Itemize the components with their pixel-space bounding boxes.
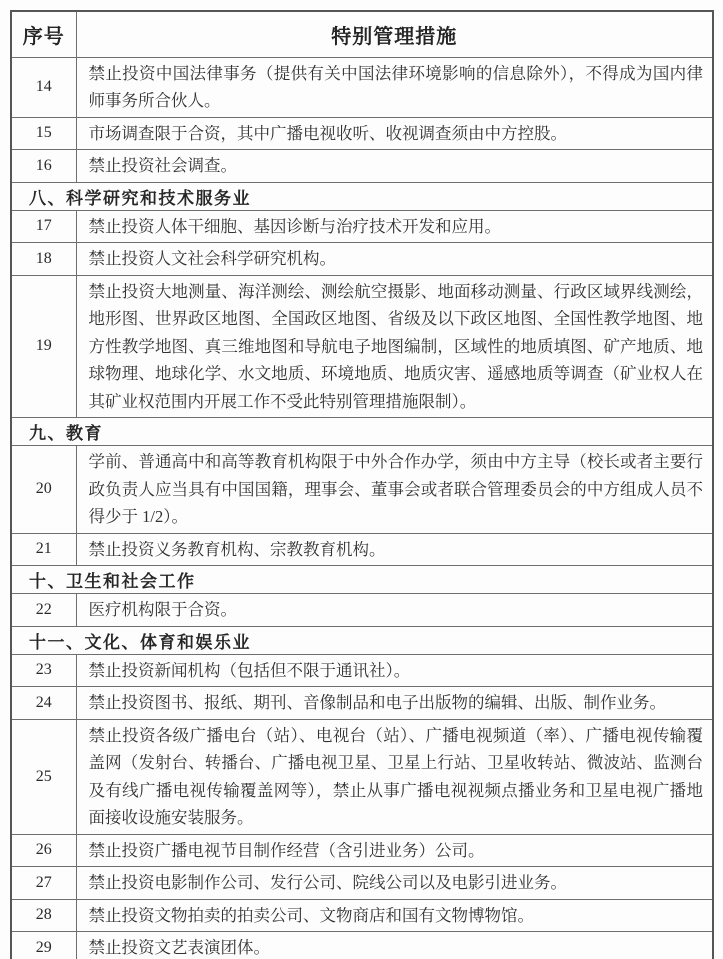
serial-number: 18 (11, 243, 76, 276)
table-row: 18禁止投资人文社会科学研究机构。 (11, 243, 713, 276)
table-row: 28禁止投资文物拍卖的拍卖公司、文物商店和国有文物博物馆。 (11, 899, 713, 932)
serial-number: 29 (11, 932, 76, 959)
table-row: 29禁止投资文艺表演团体。 (11, 932, 713, 959)
table-row: 23禁止投资新闻机构（包括但不限于通讯社）。 (11, 654, 713, 687)
measure-text: 禁止投资人文社会科学研究机构。 (76, 243, 713, 276)
serial-number: 16 (11, 150, 76, 183)
measure-text: 禁止投资电影制作公司、发行公司、院线公司以及电影引进业务。 (76, 867, 713, 900)
serial-number: 19 (11, 275, 76, 418)
section-title: 十、卫生和社会工作 (11, 566, 713, 594)
measure-text: 禁止投资社会调查。 (76, 150, 713, 183)
table-row: 21禁止投资义务教育机构、宗教教育机构。 (11, 533, 713, 566)
measure-text: 市场调查限于合资，其中广播电视收听、收视调查须由中方控股。 (76, 117, 713, 150)
section-row: 十、卫生和社会工作 (11, 566, 713, 594)
measure-text: 禁止投资新闻机构（包括但不限于通讯社）。 (76, 654, 713, 687)
serial-number: 24 (11, 687, 76, 720)
column-header-special-measures: 特别管理措施 (76, 11, 713, 57)
table-row: 20学前、普通高中和高等教育机构限于中外合作办学，须由中方主导（校长或者主要行政… (11, 446, 713, 534)
serial-number: 15 (11, 117, 76, 150)
table-row: 14禁止投资中国法律事务（提供有关中国法律环境影响的信息除外），不得成为国内律师… (11, 57, 713, 117)
serial-number: 21 (11, 533, 76, 566)
serial-number: 20 (11, 446, 76, 534)
document-page: 序号 特别管理措施 14禁止投资中国法律事务（提供有关中国法律环境影响的信息除外… (0, 0, 723, 959)
measure-text: 医疗机构限于合资。 (76, 594, 713, 627)
table-header-row: 序号 特别管理措施 (11, 11, 713, 57)
measure-text: 禁止投资大地测量、海洋测绘、测绘航空摄影、地面移动测量、行政区域界线测绘，地形图… (76, 275, 713, 418)
table-row: 19禁止投资大地测量、海洋测绘、测绘航空摄影、地面移动测量、行政区域界线测绘，地… (11, 275, 713, 418)
measure-text: 禁止投资广播电视节目制作经营（含引进业务）公司。 (76, 834, 713, 867)
serial-number: 28 (11, 899, 76, 932)
section-row: 九、教育 (11, 418, 713, 446)
table-row: 22医疗机构限于合资。 (11, 594, 713, 627)
measure-text: 禁止投资文艺表演团体。 (76, 932, 713, 959)
section-title: 十一、文化、体育和娱乐业 (11, 626, 713, 654)
special-measures-table: 序号 特别管理措施 14禁止投资中国法律事务（提供有关中国法律环境影响的信息除外… (10, 10, 714, 959)
serial-number: 22 (11, 594, 76, 627)
column-header-serial-number: 序号 (11, 11, 76, 57)
measure-text: 禁止投资各级广播电台（站）、电视台（站）、广播电视频道（率）、广播电视传输覆盖网… (76, 719, 713, 834)
serial-number: 26 (11, 834, 76, 867)
measure-text: 禁止投资中国法律事务（提供有关中国法律环境影响的信息除外），不得成为国内律师事务… (76, 57, 713, 117)
section-title: 九、教育 (11, 418, 713, 446)
serial-number: 27 (11, 867, 76, 900)
table-row: 16禁止投资社会调查。 (11, 150, 713, 183)
measure-text: 学前、普通高中和高等教育机构限于中外合作办学，须由中方主导（校长或者主要行政负责… (76, 446, 713, 534)
serial-number: 25 (11, 719, 76, 834)
table-row: 17禁止投资人体干细胞、基因诊断与治疗技术开发和应用。 (11, 210, 713, 243)
section-title: 八、科学研究和技术服务业 (11, 182, 713, 210)
measure-text: 禁止投资义务教育机构、宗教教育机构。 (76, 533, 713, 566)
section-row: 八、科学研究和技术服务业 (11, 182, 713, 210)
table-row: 24禁止投资图书、报纸、期刊、音像制品和电子出版物的编辑、出版、制作业务。 (11, 687, 713, 720)
serial-number: 14 (11, 57, 76, 117)
serial-number: 23 (11, 654, 76, 687)
table-row: 15市场调查限于合资，其中广播电视收听、收视调查须由中方控股。 (11, 117, 713, 150)
measure-text: 禁止投资图书、报纸、期刊、音像制品和电子出版物的编辑、出版、制作业务。 (76, 687, 713, 720)
serial-number: 17 (11, 210, 76, 243)
table-row: 27禁止投资电影制作公司、发行公司、院线公司以及电影引进业务。 (11, 867, 713, 900)
table-row: 25禁止投资各级广播电台（站）、电视台（站）、广播电视频道（率）、广播电视传输覆… (11, 719, 713, 834)
table-row: 26禁止投资广播电视节目制作经营（含引进业务）公司。 (11, 834, 713, 867)
measure-text: 禁止投资文物拍卖的拍卖公司、文物商店和国有文物博物馆。 (76, 899, 713, 932)
section-row: 十一、文化、体育和娱乐业 (11, 626, 713, 654)
measure-text: 禁止投资人体干细胞、基因诊断与治疗技术开发和应用。 (76, 210, 713, 243)
table-body: 14禁止投资中国法律事务（提供有关中国法律环境影响的信息除外），不得成为国内律师… (11, 57, 713, 959)
